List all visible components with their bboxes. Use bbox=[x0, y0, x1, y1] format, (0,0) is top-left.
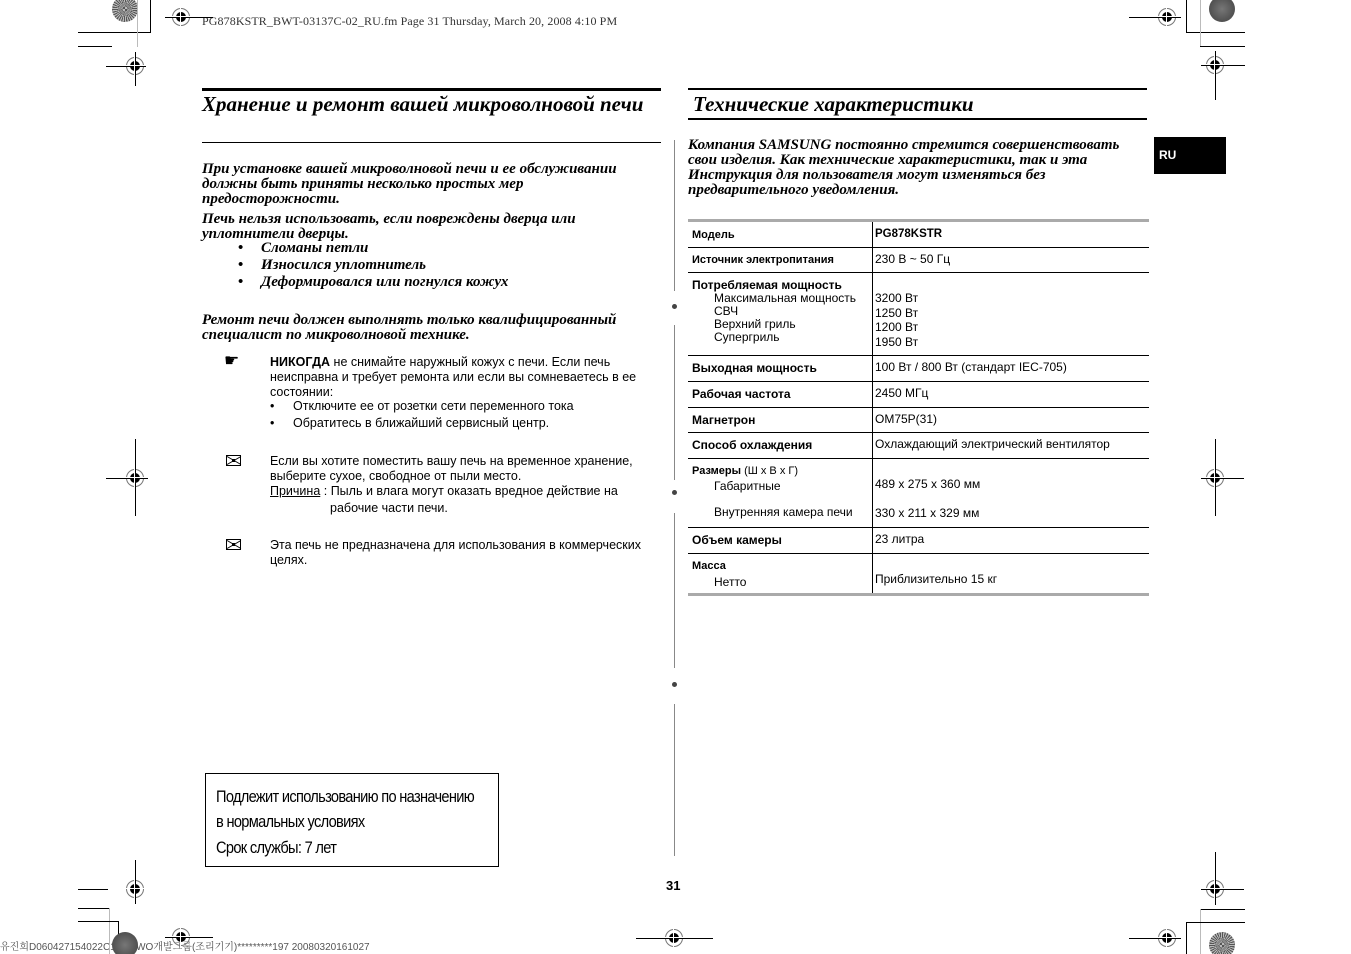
crop-mark bbox=[1186, 0, 1187, 33]
binding-dot bbox=[672, 304, 677, 309]
list-item: Сломаны петли bbox=[238, 241, 508, 258]
crop-mark bbox=[150, 0, 151, 33]
door-damage-list: Сломаны петли Износился уплотнитель Дефо… bbox=[238, 241, 508, 292]
spec-value: 489 x 275 x 360 мм 330 x 211 x 329 мм bbox=[875, 477, 980, 520]
door-warning: Печь нельзя использовать, если поврежден… bbox=[202, 212, 662, 242]
spec-label: Потребляемая мощность Максимальная мощно… bbox=[692, 279, 856, 344]
crop-mark bbox=[1200, 909, 1245, 910]
crop-mark bbox=[636, 938, 713, 939]
note-never-remove-cover: НИКОГДА не снимайте наружный кожух с печ… bbox=[270, 355, 660, 400]
crop-mark bbox=[137, 0, 138, 47]
crop-mark bbox=[1201, 65, 1245, 66]
column-divider bbox=[674, 513, 675, 668]
crop-mark bbox=[109, 908, 110, 954]
service-line: Подлежит использованию по назначению bbox=[216, 787, 474, 807]
envelope-icon bbox=[226, 539, 241, 550]
language-tab-label: RU bbox=[1159, 148, 1176, 162]
spec-value: PG878KSTR bbox=[875, 227, 942, 242]
spec-label: Объем камеры bbox=[692, 534, 782, 547]
reason-label: Причина bbox=[270, 484, 320, 498]
table-rule bbox=[688, 593, 1149, 596]
note-reason: Причина : Пыль и влага могут оказать вре… bbox=[270, 484, 660, 499]
print-header: PG878KSTR_BWT-03137C-02_RU.fm Page 31 Th… bbox=[202, 14, 617, 29]
table-row: Размеры (Ш x В x Г) Габаритные Внутрення… bbox=[688, 459, 1149, 528]
note-storage-location: Если вы хотите поместить вашу печь на вр… bbox=[270, 454, 660, 484]
crop-mark bbox=[135, 52, 136, 86]
crop-mark bbox=[78, 46, 112, 47]
table-row: Источник электропитания 230 В ~ 50 Гц bbox=[688, 248, 1149, 273]
crop-mark bbox=[78, 908, 110, 909]
crop-mark bbox=[1215, 852, 1216, 905]
crop-mark bbox=[135, 860, 136, 904]
note-not-commercial: Эта печь не предназначена для использова… bbox=[270, 538, 660, 568]
title-rule bbox=[202, 88, 661, 91]
storage-intro: При установке вашей микроволновой печи и… bbox=[202, 162, 662, 207]
binding-dot bbox=[672, 490, 677, 495]
color-registration-icon bbox=[1209, 932, 1235, 954]
color-registration-icon bbox=[112, 932, 138, 954]
spec-label: Способ охлаждения bbox=[692, 439, 812, 452]
spec-value: 100 Вт / 800 Вт (стандарт IEC-705) bbox=[875, 360, 1067, 375]
crop-mark bbox=[1129, 938, 1181, 939]
crop-mark bbox=[165, 17, 213, 18]
service-life: Срок службы: 7 лет bbox=[216, 838, 336, 858]
table-row: Объем камеры 23 литра bbox=[688, 528, 1149, 554]
title-rule bbox=[688, 88, 1147, 90]
spec-label: Магнетрон bbox=[692, 414, 755, 427]
crop-mark bbox=[1200, 909, 1201, 954]
table-row: Потребляемая мощность Максимальная мощно… bbox=[688, 273, 1149, 356]
spec-label: Размеры (Ш x В x Г) Габаритные Внутрення… bbox=[692, 464, 853, 519]
table-row: Модель PG878KSTR bbox=[688, 222, 1149, 248]
title-rule bbox=[688, 118, 1147, 120]
service-life-box: Подлежит использованию по назначению в н… bbox=[205, 773, 499, 867]
color-registration-icon bbox=[112, 0, 138, 22]
spec-label: Рабочая частота bbox=[692, 388, 791, 401]
crop-mark bbox=[1200, 0, 1201, 46]
service-line: в нормальных условиях bbox=[216, 812, 364, 832]
spec-value: Приблизительно 15 кг bbox=[875, 572, 997, 587]
crop-mark bbox=[78, 32, 151, 33]
envelope-icon bbox=[226, 455, 241, 466]
table-row: Масса Нетто Приблизительно 15 кг bbox=[688, 554, 1149, 593]
spec-value: 3200 Вт 1250 Вт 1200 Вт 1950 Вт bbox=[875, 291, 918, 349]
crop-mark bbox=[1186, 922, 1245, 923]
crop-mark bbox=[1200, 46, 1245, 47]
specs-intro: Компания SAMSUNG постоянно стремится сов… bbox=[688, 138, 1148, 198]
crop-mark bbox=[1201, 478, 1244, 479]
spec-label: Выходная мощность bbox=[692, 362, 817, 375]
crop-mark bbox=[1129, 17, 1181, 18]
title-rule bbox=[202, 142, 661, 143]
pointing-hand-icon: ☛ bbox=[224, 353, 239, 368]
page-number: 31 bbox=[666, 878, 680, 893]
spec-value: 230 В ~ 50 Гц bbox=[875, 252, 950, 267]
note-emphasis: НИКОГДА bbox=[270, 355, 330, 369]
crop-mark bbox=[106, 478, 148, 479]
spec-label: Модель bbox=[692, 229, 735, 242]
crop-mark bbox=[1215, 51, 1216, 100]
spec-label: Масса Нетто bbox=[692, 559, 746, 589]
crop-mark bbox=[1186, 922, 1187, 954]
crop-mark bbox=[165, 937, 213, 938]
crop-mark bbox=[1186, 32, 1245, 33]
list-item: Отключите ее от розетки сети переменного… bbox=[270, 399, 574, 416]
reason-text: : Пыль и влага могут оказать вредное дей… bbox=[320, 484, 618, 498]
spec-value: 23 литра bbox=[875, 532, 924, 547]
table-row: Способ охлаждения Охлаждающий электричес… bbox=[688, 433, 1149, 459]
column-divider bbox=[674, 325, 675, 480]
reason-text-cont: рабочие части печи. bbox=[330, 501, 448, 516]
spec-label: Источник электропитания bbox=[692, 254, 834, 267]
list-item: Обратитесь в ближайший сервисный центр. bbox=[270, 416, 574, 433]
crop-mark bbox=[78, 889, 108, 890]
list-item: Износился уплотнитель bbox=[238, 258, 508, 275]
binding-dot bbox=[672, 682, 677, 687]
column-divider bbox=[674, 140, 675, 291]
repair-note: Ремонт печи должен выполнять только квал… bbox=[202, 313, 662, 343]
crop-mark bbox=[106, 66, 146, 67]
section-title-specs: Технические характеристики bbox=[693, 92, 974, 116]
crop-mark bbox=[1201, 889, 1244, 890]
table-row: Выходная мощность 100 Вт / 800 Вт (станд… bbox=[688, 356, 1149, 382]
list-item: Деформировался или погнулся кожух bbox=[238, 275, 508, 292]
spec-value: OM75P(31) bbox=[875, 412, 937, 427]
table-row: Рабочая частота 2450 МГц bbox=[688, 382, 1149, 408]
crop-mark bbox=[78, 921, 119, 922]
table-row: Магнетрон OM75P(31) bbox=[688, 408, 1149, 433]
note-actions-list: Отключите ее от розетки сети переменного… bbox=[270, 399, 574, 433]
spec-value: Охлаждающий электрический вентилятор bbox=[875, 437, 1110, 452]
color-registration-icon bbox=[1209, 0, 1235, 22]
section-title-storage: Хранение и ремонт вашей микроволновой пе… bbox=[202, 93, 661, 115]
column-divider bbox=[674, 704, 675, 856]
language-tab: RU bbox=[1154, 137, 1226, 174]
spec-value: 2450 МГц bbox=[875, 386, 928, 401]
